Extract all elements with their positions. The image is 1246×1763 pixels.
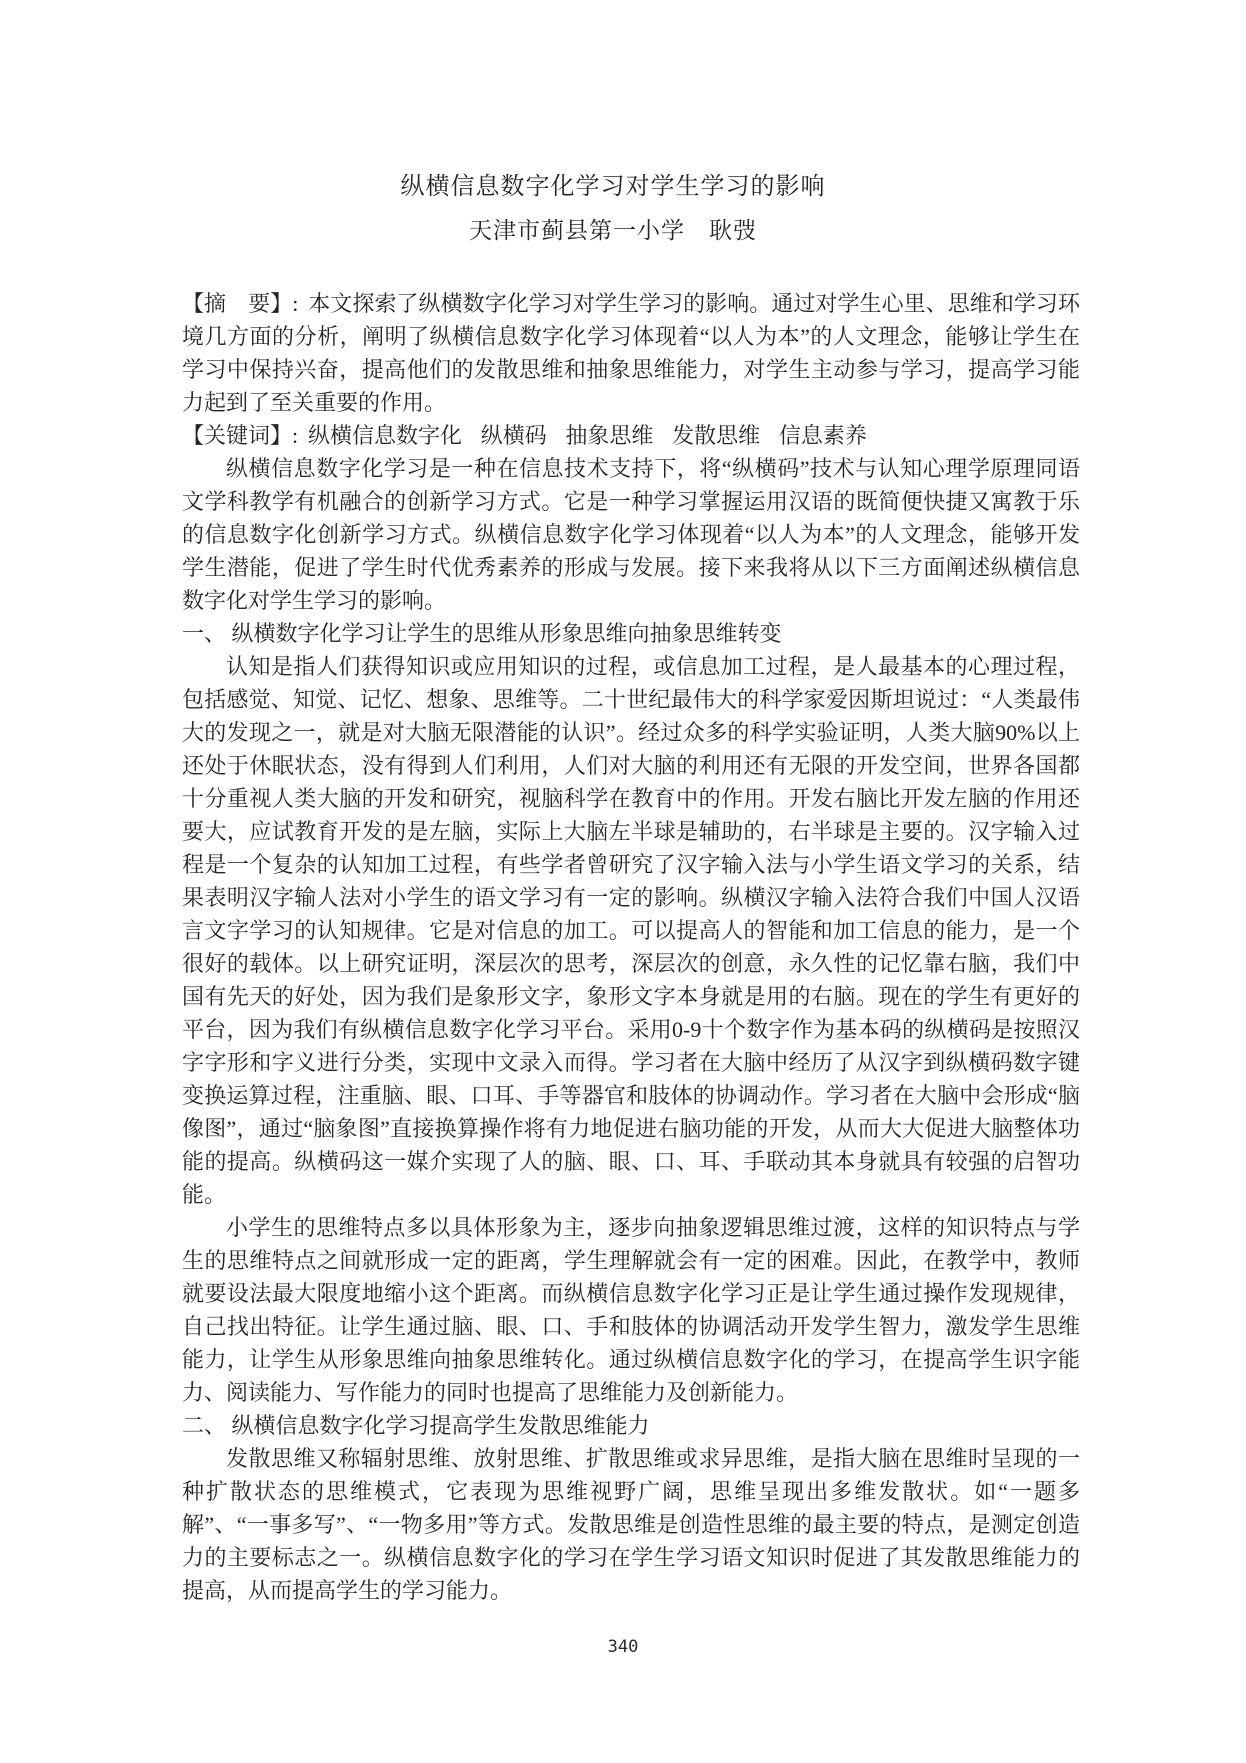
section-1-heading: 一、 纵横数字化学习让学生的思维从形象思维向抽象思维转变	[182, 617, 1080, 650]
section-1-paragraph-2: 小学生的思维特点多以具体形象为主，逐步向抽象逻辑思维过渡，这样的知识特点与学生的…	[182, 1211, 1080, 1409]
section-2-heading: 二、 纵横信息数字化学习提高学生发散思维能力	[182, 1409, 1080, 1442]
keyword-item: 纵横码	[481, 419, 547, 452]
section-2-paragraph-1: 发散思维又称辐射思维、放射思维、扩散思维或求异思维，是指大脑在思维时呈现的一种扩…	[182, 1442, 1080, 1607]
abstract-paragraph: 【摘 要】:本文探索了纵横数字化学习对学生学习的影响。通过对学生心里、思维和学习…	[182, 287, 1080, 419]
author-affiliation-line: 天津市蓟县第一小学 耿弢	[163, 216, 1063, 246]
page-number: 340	[0, 1637, 1246, 1657]
intro-paragraph: 纵横信息数字化学习是一种在信息技术支持下，将“纵横码”技术与认知心理学原理同语文…	[182, 452, 1080, 617]
abstract-text: 本文探索了纵横数字化学习对学生学习的影响。通过对学生心里、思维和学习环境几方面的…	[182, 291, 1080, 415]
keyword-item: 信息素养	[779, 419, 867, 452]
section-1-paragraph-1: 认知是指人们获得知识或应用知识的过程，或信息加工过程，是人最基本的心理过程，包括…	[182, 650, 1080, 1211]
keywords-label: 【关键词】:	[182, 423, 298, 448]
document-body: 【摘 要】:本文探索了纵横数字化学习对学生学习的影响。通过对学生心里、思维和学习…	[182, 287, 1080, 1607]
paper-title: 纵横信息数字化学习对学生学习的影响	[163, 172, 1063, 202]
abstract-label: 【摘 要】:	[182, 291, 298, 316]
document-page: 纵横信息数字化学习对学生学习的影响 天津市蓟县第一小学 耿弢 【摘 要】:本文探…	[0, 0, 1246, 1763]
keyword-item: 发散思维	[672, 419, 760, 452]
keywords-line: 【关键词】:纵横信息数字化纵横码抽象思维发散思维信息素养	[182, 419, 1080, 452]
keyword-item: 抽象思维	[565, 419, 653, 452]
keyword-item: 纵横信息数字化	[308, 419, 462, 452]
